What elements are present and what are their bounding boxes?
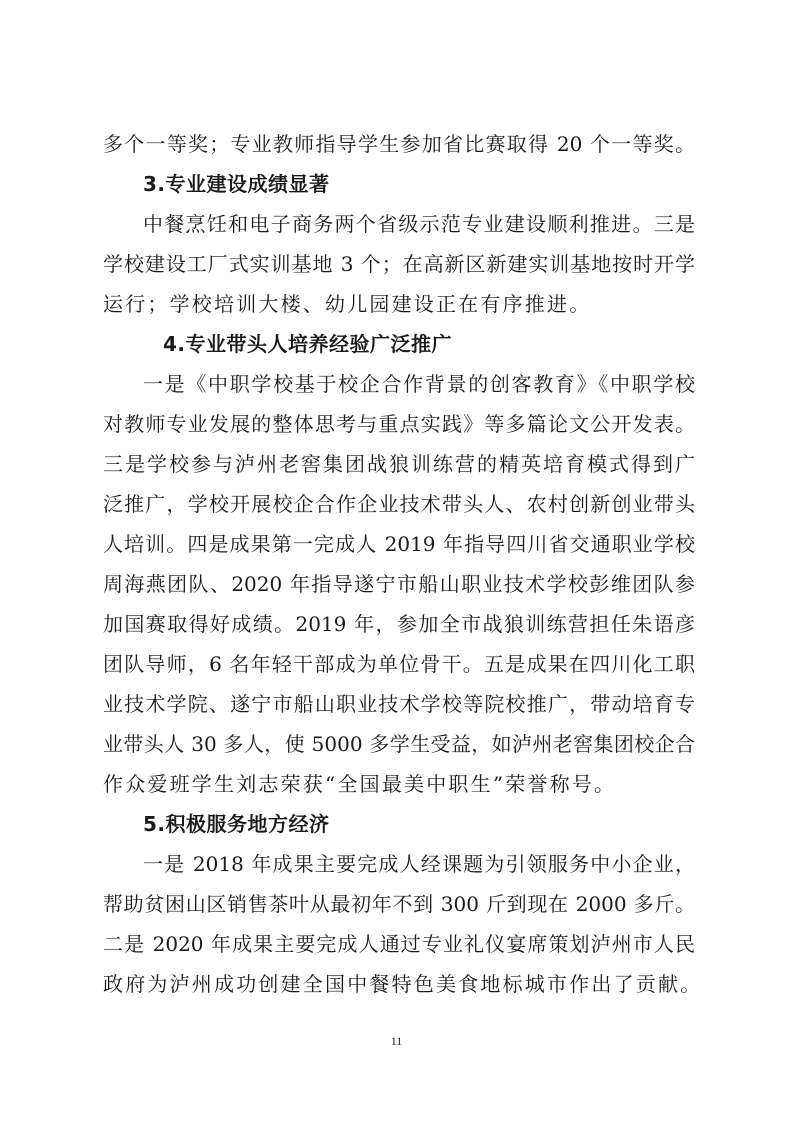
document-page: 多个一等奖；专业教师指导学生参加省比赛取得 20 个一等奖。 3.专业建设成绩显… (0, 0, 793, 1122)
paragraph-line: 多个一等奖；专业教师指导学生参加省比赛取得 20 个一等奖。 (103, 124, 695, 164)
paragraph-line: 业带头人 30 多人，使 5000 多学生受益，如泸州老窖集团校企合 (103, 724, 695, 764)
paragraph-line: 泛推广，学校开展校企合作企业技术带头人、农村创新创业带头 (103, 484, 695, 524)
paragraph-line: 帮助贫困山区销售茶叶从最初年不到 300 斤到现在 2000 多斤。 (103, 884, 695, 924)
paragraph-line: 业技术学院、遂宁市船山职业技术学校等院校推广，带动培育专 (103, 684, 695, 724)
section-heading-4: 4.专业带头人培养经验广泛推广 (103, 324, 695, 364)
paragraph-line: 对教师专业发展的整体思考与重点实践》等多篇论文公开发表。 (103, 404, 695, 444)
paragraph-line: 加国赛取得好成绩。2019 年，参加全市战狼训练营担任朱语彦 (103, 604, 695, 644)
paragraph-line: 学校建设工厂式实训基地 3 个；在高新区新建实训基地按时开学 (103, 244, 695, 284)
section-heading-5: 5.积极服务地方经济 (103, 804, 695, 844)
page-number: 11 (0, 1034, 793, 1049)
document-body: 多个一等奖；专业教师指导学生参加省比赛取得 20 个一等奖。 3.专业建设成绩显… (103, 124, 695, 1004)
paragraph-line: 运行；学校培训大楼、幼儿园建设正在有序推进。 (103, 284, 695, 324)
paragraph-line: 政府为泸州成功创建全国中餐特色美食地标城市作出了贡献。 (103, 964, 695, 1004)
paragraph-line: 中餐烹饪和电子商务两个省级示范专业建设顺利推进。三是 (103, 204, 695, 244)
paragraph-line: 一是 2018 年成果主要完成人经课题为引领服务中小企业， (103, 844, 695, 884)
paragraph-line: 作众爱班学生刘志荣获“全国最美中职生”荣誉称号。 (103, 764, 695, 804)
section-heading-3: 3.专业建设成绩显著 (103, 164, 695, 204)
paragraph-line: 三是学校参与泸州老窖集团战狼训练营的精英培育模式得到广 (103, 444, 695, 484)
paragraph-line: 二是 2020 年成果主要完成人通过专业礼仪宴席策划泸州市人民 (103, 924, 695, 964)
paragraph-line: 人培训。四是成果第一完成人 2019 年指导四川省交通职业学校 (103, 524, 695, 564)
paragraph-line: 团队导师，6 名年轻干部成为单位骨干。五是成果在四川化工职 (103, 644, 695, 684)
paragraph-line: 周海燕团队、2020 年指导遂宁市船山职业技术学校彭维团队参 (103, 564, 695, 604)
paragraph-line: 一是《中职学校基于校企合作背景的创客教育》《中职学校 (103, 364, 695, 404)
